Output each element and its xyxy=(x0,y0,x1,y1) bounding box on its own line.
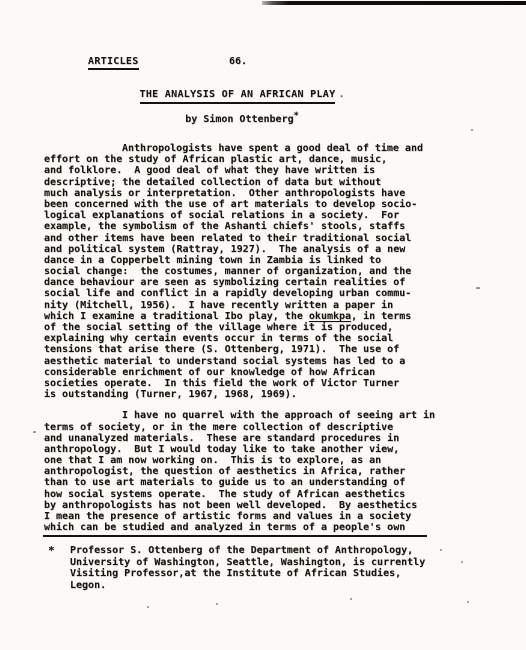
text-line: anthropologist, the question of aestheti… xyxy=(44,466,484,477)
article-body: Anthropologists have spent a good deal o… xyxy=(44,143,484,533)
text-line: by anthropologists has not been well dev… xyxy=(44,500,484,511)
scan-speck xyxy=(471,129,473,131)
text-line: anthropology. But I would today like to … xyxy=(44,444,484,455)
text-line: which I examine a traditional Ibo play, … xyxy=(44,311,484,322)
text-line: explaining why certain events occur in t… xyxy=(44,333,484,344)
text-line: of the social setting of the village whe… xyxy=(44,322,484,333)
scan-speck xyxy=(440,549,442,551)
text-line: and political system (Rattray, 1927). Th… xyxy=(44,244,484,255)
text-line: dance behaviour are seen as symbolizing … xyxy=(44,277,484,288)
text-line: how social systems operate. The study of… xyxy=(44,489,484,500)
text-line: which can be studied and analyzed in ter… xyxy=(44,522,484,533)
text-line: than to use art materials to guide us to… xyxy=(44,477,484,488)
text-line: one that I am now working on. This is to… xyxy=(44,455,484,466)
text-line: much analysis or interpretation. Other a… xyxy=(44,188,484,199)
paragraph: I have no quarrel with the approach of s… xyxy=(44,410,484,533)
text-line: Anthropologists have spent a good deal o… xyxy=(44,143,484,154)
footnote-lines: Professor S. Ottenberg of the Department… xyxy=(70,545,468,591)
footnote: * Professor S. Ottenberg of the Departme… xyxy=(48,545,468,591)
footnote-line: Professor S. Ottenberg of the Department… xyxy=(70,545,468,557)
scanned-page: ARTICLES 66. THE ANALYSIS OF AN AFRICAN … xyxy=(0,0,526,650)
running-header: ARTICLES 66. xyxy=(0,56,526,70)
text-line: example, the symbolism of the Ashanti ch… xyxy=(44,221,484,232)
text-line: considerable enrichment of our knowledge… xyxy=(44,367,484,378)
title-trailing-mark: . xyxy=(338,89,344,100)
footnote-line: University of Washington, Seattle, Washi… xyxy=(70,557,468,569)
text-line: I mean the presence of artistic forms an… xyxy=(44,511,484,522)
text-line: dance in a Copperbelt mining town in Zam… xyxy=(44,255,484,266)
footnote-line: Visiting Professor,at the Institute of A… xyxy=(70,568,468,580)
text-line: social life and conflict in a rapidly de… xyxy=(44,288,484,299)
text-line: tensions that arise there (S. Ottenberg,… xyxy=(44,344,484,355)
text-line: and unanalyzed materials. These are stan… xyxy=(44,433,484,444)
footnote-line: Legon. xyxy=(70,580,468,592)
scan-speck xyxy=(147,606,149,608)
text-line: been concerned with the use of art mater… xyxy=(44,199,484,210)
byline-text: by Simon Ottenberg xyxy=(185,114,293,125)
scan-speck xyxy=(33,431,36,433)
scan-speck xyxy=(467,601,469,603)
text-line: I have no quarrel with the approach of s… xyxy=(44,410,484,421)
footnote-divider xyxy=(43,535,427,537)
article-title: THE ANALYSIS OF AN AFRICAN PLAY xyxy=(140,89,336,104)
text-line: social change: the costumes, manner of o… xyxy=(44,266,484,277)
text-line: terms of society, or in the mere collect… xyxy=(44,422,484,433)
byline: by Simon Ottenberg* xyxy=(32,111,452,125)
text-line: descriptive; the detailed collection of … xyxy=(44,177,484,188)
page-number: 66. xyxy=(229,56,247,67)
text-line: and other items have been related to the… xyxy=(44,233,484,244)
footnote-reference-asterisk: * xyxy=(294,111,299,121)
text-line: logical explanations of social relations… xyxy=(44,210,484,221)
scan-speck xyxy=(476,287,480,289)
section-label: ARTICLES xyxy=(88,56,139,70)
text-line: nity (Mitchell, 1956). I have recently w… xyxy=(44,300,484,311)
text-line: societies operate. In this field the wor… xyxy=(44,378,484,389)
text-line: aesthetic material to understand social … xyxy=(44,356,484,367)
text-line: effort on the study of African plastic a… xyxy=(44,154,484,165)
paragraph: Anthropologists have spent a good deal o… xyxy=(44,143,484,400)
text-line: is outstanding (Turner, 1967, 1968, 1969… xyxy=(44,389,484,400)
scan-artifact-bar xyxy=(262,1,526,5)
text-line: and folklore. A good deal of what they h… xyxy=(44,165,484,176)
scan-speck xyxy=(350,598,352,600)
scan-speck xyxy=(461,561,463,563)
article-title-block: THE ANALYSIS OF AN AFRICAN PLAY. xyxy=(32,89,452,100)
footnote-marker: * xyxy=(48,544,55,557)
scan-speck xyxy=(216,603,218,605)
